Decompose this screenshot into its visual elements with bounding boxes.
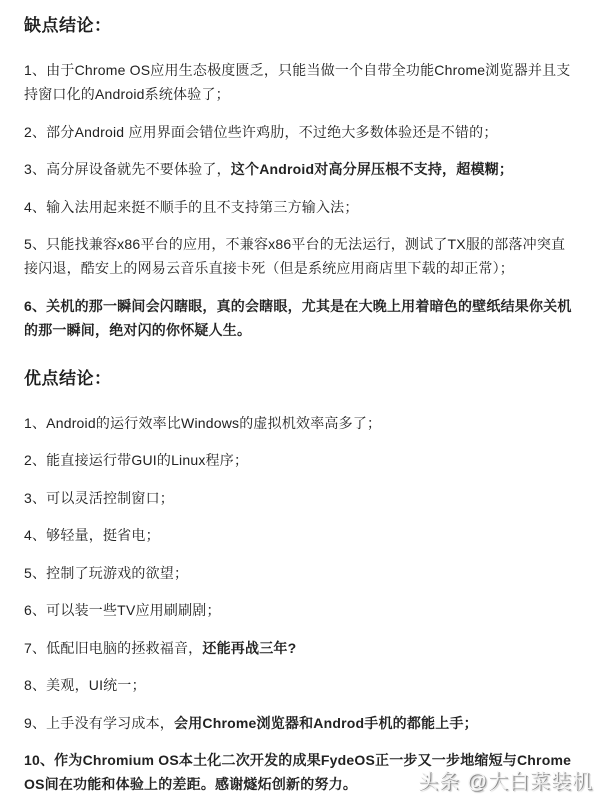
list-item: 3、可以灵活控制窗口； xyxy=(24,486,578,510)
list-item: 4、够轻量，挺省电； xyxy=(24,523,578,547)
body-text: 7、低配旧电脑的拯救福音， xyxy=(24,640,202,656)
body-text: 3、可以灵活控制窗口； xyxy=(24,490,174,506)
body-text: 4、够轻量，挺省电； xyxy=(24,527,160,543)
list-item: 8、美观，UI统一； xyxy=(24,673,578,697)
list-item: 2、部分Android 应用界面会错位些许鸡肋，不过绝大多数体验还是不错的； xyxy=(24,120,578,144)
list-item: 2、能直接运行带GUI的Linux程序； xyxy=(24,448,578,472)
watermark-text: 头条 @大白菜装机 xyxy=(418,771,593,793)
list-item: 6、可以装一些TV应用刷刷剧； xyxy=(24,598,578,622)
body-text: 3、高分屏设备就先不要体验了， xyxy=(24,161,231,177)
body-text: 8、美观，UI统一； xyxy=(24,677,146,693)
list-item: 5、只能找兼容x86平台的应用，不兼容x86平台的无法运行，测试了TX服的部落冲… xyxy=(24,232,578,280)
emphasis-text: 这个Android对高分屏压根不支持，超模糊； xyxy=(231,161,513,177)
body-text: 2、部分Android 应用界面会错位些许鸡肋，不过绝大多数体验还是不错的； xyxy=(24,124,498,140)
section-heading: 优点结论： xyxy=(24,368,578,390)
emphasis-text: 会用Chrome浏览器和Androd手机的都能上手； xyxy=(174,715,478,731)
body-text: 5、控制了玩游戏的欲望； xyxy=(24,565,188,581)
list-item: 1、由于Chrome OS应用生态极度匮乏，只能当做一个自带全功能Chrome浏… xyxy=(24,58,578,106)
body-text: 5、只能找兼容x86平台的应用，不兼容x86平台的无法运行，测试了TX服的部落冲… xyxy=(24,236,565,276)
list-item: 9、上手没有学习成本，会用Chrome浏览器和Androd手机的都能上手； xyxy=(24,711,578,735)
body-text: 9、上手没有学习成本， xyxy=(24,715,174,731)
body-text: 1、Android的运行效率比Windows的虚拟机效率高多了； xyxy=(24,415,381,431)
list-item: 7、低配旧电脑的拯救福音，还能再战三年? xyxy=(24,636,578,660)
list-item: 6、关机的那一瞬间会闪瞎眼，真的会瞎眼，尤其是在大晚上用着暗色的壁纸结果你关机的… xyxy=(24,294,578,342)
emphasis-text: 6、关机的那一瞬间会闪瞎眼，真的会瞎眼，尤其是在大晚上用着暗色的壁纸结果你关机的… xyxy=(24,298,572,338)
list-item: 4、输入法用起来挺不顺手的且不支持第三方输入法； xyxy=(24,195,578,219)
body-text: 1、由于Chrome OS应用生态极度匮乏，只能当做一个自带全功能Chrome浏… xyxy=(24,62,571,102)
body-text: 4、输入法用起来挺不顺手的且不支持第三方输入法； xyxy=(24,199,359,215)
article-body: 缺点结论：1、由于Chrome OS应用生态极度匮乏，只能当做一个自带全功能Ch… xyxy=(0,0,598,796)
list-item: 3、高分屏设备就先不要体验了，这个Android对高分屏压根不支持，超模糊； xyxy=(24,157,578,181)
toutiao-watermark: 头条 @大白菜装机 xyxy=(418,765,593,794)
body-text: 6、可以装一些TV应用刷刷剧； xyxy=(24,602,221,618)
article-page: 缺点结论：1、由于Chrome OS应用生态极度匮乏，只能当做一个自带全功能Ch… xyxy=(0,0,598,803)
list-item: 5、控制了玩游戏的欲望； xyxy=(24,561,578,585)
section-heading: 缺点结论： xyxy=(24,15,578,37)
body-text: 2、能直接运行带GUI的Linux程序； xyxy=(24,452,248,468)
emphasis-text: 还能再战三年? xyxy=(202,640,296,656)
list-item: 1、Android的运行效率比Windows的虚拟机效率高多了； xyxy=(24,411,578,435)
